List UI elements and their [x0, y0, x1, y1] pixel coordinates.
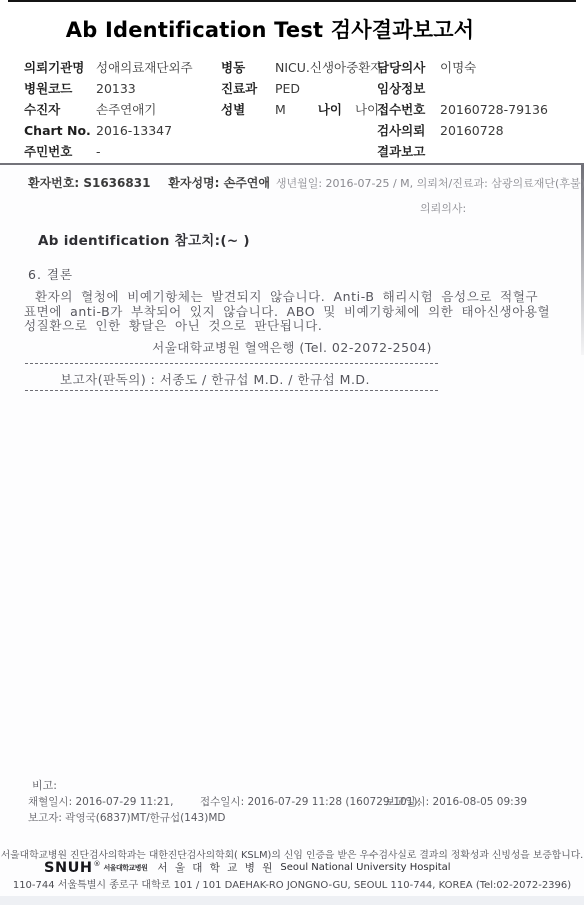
header-row: 담당의사 이명숙 [377, 57, 548, 78]
test-title: Ab identification 참고치:(~ ) [38, 229, 250, 249]
page-title: Ab Identification Test 검사결과보고서 [0, 14, 540, 44]
field-value: 20160728 [440, 120, 504, 141]
field-label: 임상정보 [377, 78, 440, 99]
field-label: 담당의사 [377, 57, 440, 78]
header-row: 진료과 PED [221, 78, 382, 99]
scanned-area-background [0, 165, 584, 897]
header-right-column: 담당의사 이명숙 임상정보 접수번호 20160728-79136 검사의뢰 2… [377, 57, 548, 162]
dashed-divider [25, 363, 438, 364]
dashed-divider [25, 390, 438, 391]
hospital-name-korean: 서 울 대 학 교 병 원 [157, 860, 274, 875]
patient-number: 환자번호: S1636831 [28, 176, 150, 190]
conclusion-paragraph: 환자의 혈청에 비예기항체는 발견되지 않습니다. Anti-B 해리시험 음성… [24, 290, 544, 334]
blood-bank-contact: 서울대학교병원 혈액은행 (Tel. 02-2072-2504) [0, 338, 584, 356]
field-label: Chart No. [24, 120, 96, 141]
header-row: 임상정보 [377, 78, 548, 99]
snuh-logo-small-text: 서울대학교병원 [104, 863, 148, 873]
header-row: 접수번호 20160728-79136 [377, 99, 548, 120]
header-row: 병동 NICU.신생아중환자 [221, 57, 382, 78]
field-label: 주민번호 [24, 141, 96, 162]
field-label: 성별 [221, 99, 275, 120]
referring-doctor: 의뢰의사: [420, 200, 466, 216]
conclusion-line: 표면에 anti-B가 부착되어 있지 않습니다. ABO 및 비예기항체에 의… [24, 305, 544, 320]
field-value: PED [275, 78, 300, 99]
header-row: 검사의뢰 20160728 [377, 120, 548, 141]
field-value: 성애의료재단외주 [96, 57, 193, 78]
reporter-line: 보고자(판독의) : 서종도 / 한규섭 M.D. / 한규섭 M.D. [60, 370, 370, 388]
field-label: 의뢰기관명 [24, 57, 96, 78]
conclusion-line: 성질환으로 인한 황달은 아닌 것으로 판단됩니다. [24, 319, 544, 334]
field-value: 20133 [96, 78, 136, 99]
field-value: - [96, 141, 101, 162]
field-label: 검사의뢰 [377, 120, 440, 141]
patient-name: 환자성명: 손주연애 [168, 176, 270, 190]
header-row: 주민번호 - [24, 141, 193, 162]
patient-birth-info: 생년월일: 2016-07-25 / M, 의뢰처/진료과: 삼광의료재단(후불… [276, 177, 584, 190]
header-row: 병원코드 20133 [24, 78, 193, 99]
patient-info-line: 환자번호: S1636831 환자성명: 손주연애 생년월일: 2016-07-… [28, 174, 584, 191]
header-row: Chart No. 2016-13347 [24, 120, 193, 141]
field-value: M [275, 99, 286, 120]
field-label: 병동 [221, 57, 275, 78]
field-value: 이명숙 [440, 57, 476, 78]
header-row: 수진자 손주연애기 [24, 99, 193, 120]
remarks-reporter: 보고자: 곽영국(6837)MT/한규섭(143)MD [28, 810, 225, 825]
header-middle-column: 병동 NICU.신생아중환자 진료과 PED 성별 M 나이 나이 [221, 57, 382, 120]
age-label: 나이 [318, 99, 342, 120]
header-row: 결과보고 [377, 141, 548, 162]
header-left-column: 의뢰기관명 성애의료재단외주 병원코드 20133 수진자 손주연애기 Char… [24, 57, 193, 162]
header-row: 의뢰기관명 성애의료재단외주 [24, 57, 193, 78]
age-value: 나이 [355, 99, 379, 120]
conclusion-heading: 6. 결론 [28, 265, 73, 283]
hospital-address: 110-744 서울특별시 종로구 대학로 101 / 101 DAEHAK-R… [0, 876, 584, 891]
header-row: 성별 M 나이 나이 [221, 99, 382, 120]
field-label: 결과보고 [377, 141, 440, 162]
field-value: 20160728-79136 [440, 99, 548, 120]
snuh-logo: SNUH [44, 860, 93, 876]
collected-datetime: 채혈일시: 2016-07-29 11:21, [28, 794, 173, 809]
field-value: 2016-13347 [96, 120, 172, 141]
remarks-label: 비고: [32, 777, 57, 793]
field-label: 진료과 [221, 78, 275, 99]
top-border-line [8, 0, 576, 2]
field-label: 수진자 [24, 99, 96, 120]
section-divider-line [0, 163, 584, 165]
conclusion-line: 환자의 혈청에 비예기항체는 발견되지 않습니다. Anti-B 해리시험 음성… [24, 290, 544, 305]
field-label: 병원코드 [24, 78, 96, 99]
report-page: Ab Identification Test 검사결과보고서 의뢰기관명 성애의… [0, 0, 584, 905]
reported-datetime: 보고일시: 2016-08-05 09:39 [385, 794, 527, 809]
field-label: 접수번호 [377, 99, 440, 120]
registered-mark-icon: ® [94, 860, 101, 868]
field-value: NICU.신생아중환자 [275, 57, 382, 78]
field-value: 손주연애기 [96, 99, 156, 120]
page-bottom-edge [0, 896, 584, 905]
hospital-logo-line: SNUH ® 서울대학교병원 서 울 대 학 교 병 원 Seoul Natio… [44, 859, 451, 876]
hospital-name-english: Seoul National University Hospital [280, 862, 450, 873]
